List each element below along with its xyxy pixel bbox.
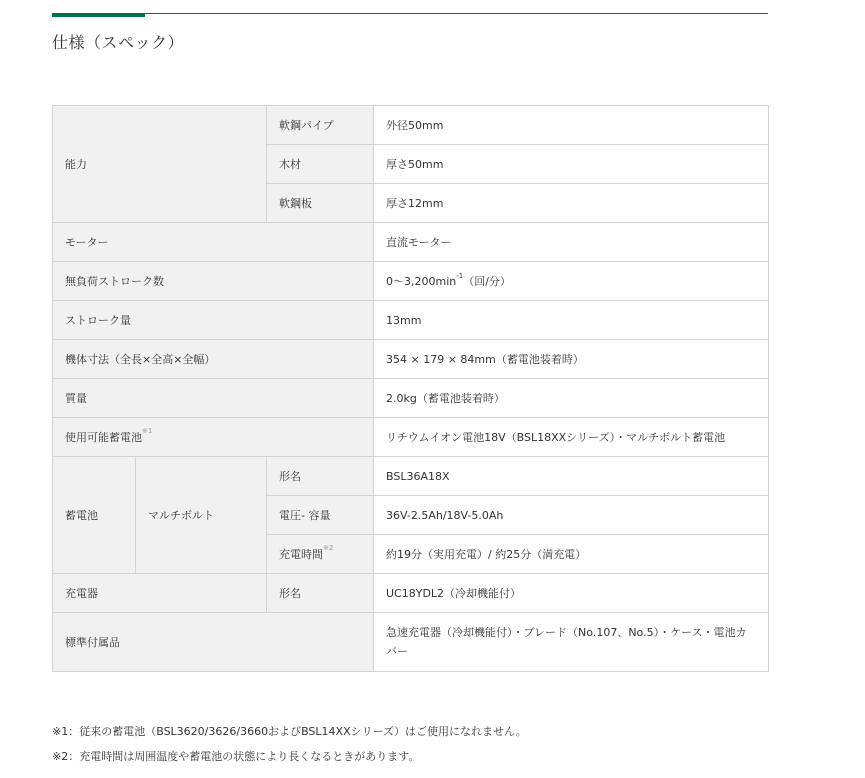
sub-label: 軟鋼パイプ xyxy=(267,106,374,145)
row-label-battery: 蓄電池 xyxy=(53,457,136,574)
spec-value: リチウムイオン電池18V（BSL18XXシリーズ）・マルチボルト蓄電池 xyxy=(374,418,769,457)
spec-value: 13mm xyxy=(374,301,769,340)
table-row: 充電器 形名 UC18YDL2（冷却機能付） xyxy=(53,574,769,613)
value-suffix: （回/分） xyxy=(463,275,511,288)
spec-value: 0〜3,200min-1（回/分） xyxy=(374,262,769,301)
sub-label: 形名 xyxy=(267,574,374,613)
footnote-marker: ※2 xyxy=(323,544,333,552)
spec-value: 厚さ50mm xyxy=(374,145,769,184)
exponent: -1 xyxy=(456,272,463,280)
spec-value: BSL36A18X xyxy=(374,457,769,496)
row-label-stroke-length: ストローク量 xyxy=(53,301,374,340)
spec-value: 直流モーター xyxy=(374,223,769,262)
spec-value: 外径50mm xyxy=(374,106,769,145)
table-row: 蓄電池 マルチボルト 形名 BSL36A18X xyxy=(53,457,769,496)
sub-label: 形名 xyxy=(267,457,374,496)
row-label-motor: モーター xyxy=(53,223,374,262)
spec-table: 能力 軟鋼パイプ 外径50mm 木材 厚さ50mm 軟鋼板 厚さ12mm モータ… xyxy=(52,105,769,672)
table-row: モーター 直流モーター xyxy=(53,223,769,262)
page-title: 仕様（スペック） xyxy=(52,30,184,53)
sub-label: 軟鋼板 xyxy=(267,184,374,223)
spec-value: 厚さ12mm xyxy=(374,184,769,223)
row-label-charger: 充電器 xyxy=(53,574,267,613)
spec-value: 36V-2.5Ah/18V-5.0Ah xyxy=(374,496,769,535)
label-text: 使用可能蓄電池 xyxy=(65,431,142,444)
sub-label: 電圧- 容量 xyxy=(267,496,374,535)
row-label-accessories: 標準付属品 xyxy=(53,613,374,672)
footnote-marker: ※1 xyxy=(142,427,152,435)
sub-label: 木材 xyxy=(267,145,374,184)
spec-value: 2.0kg（蓄電池装着時） xyxy=(374,379,769,418)
spec-value: 約19分（実用充電）/ 約25分（満充電） xyxy=(374,535,769,574)
sub-label: 充電時間※2 xyxy=(267,535,374,574)
row-label-dimensions: 機体寸法（全長×全高×全幅） xyxy=(53,340,374,379)
footnote-2: ※2：充電時間は周囲温度や蓄電池の状態により長くなるときがあります。 xyxy=(52,748,527,773)
footnotes: ※1：従来の蓄電池（BSL3620/3626/3660およびBSL14XXシリー… xyxy=(52,723,527,773)
row-label-usable-battery: 使用可能蓄電池※1 xyxy=(53,418,374,457)
spec-value: 急速充電器（冷却機能付）・ブレード（No.107、No.5）・ケース・電池カバー xyxy=(374,613,769,672)
table-row: 質量 2.0kg（蓄電池装着時） xyxy=(53,379,769,418)
table-row: ストローク量 13mm xyxy=(53,301,769,340)
label-text: 充電時間 xyxy=(279,548,323,561)
table-row: 機体寸法（全長×全高×全幅） 354 × 179 × 84mm（蓄電池装着時） xyxy=(53,340,769,379)
table-row: 使用可能蓄電池※1 リチウムイオン電池18V（BSL18XXシリーズ）・マルチボ… xyxy=(53,418,769,457)
battery-type: マルチボルト xyxy=(136,457,267,574)
spec-value: UC18YDL2（冷却機能付） xyxy=(374,574,769,613)
value-prefix: 0〜3,200min xyxy=(386,275,456,288)
row-label-weight: 質量 xyxy=(53,379,374,418)
footnote-1: ※1：従来の蓄電池（BSL3620/3626/3660およびBSL14XXシリー… xyxy=(52,723,527,748)
table-row: 標準付属品 急速充電器（冷却機能付）・ブレード（No.107、No.5）・ケース… xyxy=(53,613,769,672)
section-accent-bar xyxy=(52,13,145,17)
table-row: 能力 軟鋼パイプ 外径50mm xyxy=(53,106,769,145)
row-label-stroke-rate: 無負荷ストローク数 xyxy=(53,262,374,301)
table-row: 無負荷ストローク数 0〜3,200min-1（回/分） xyxy=(53,262,769,301)
spec-value: 354 × 179 × 84mm（蓄電池装着時） xyxy=(374,340,769,379)
section-divider xyxy=(52,13,768,14)
row-label-capacity: 能力 xyxy=(53,106,267,223)
